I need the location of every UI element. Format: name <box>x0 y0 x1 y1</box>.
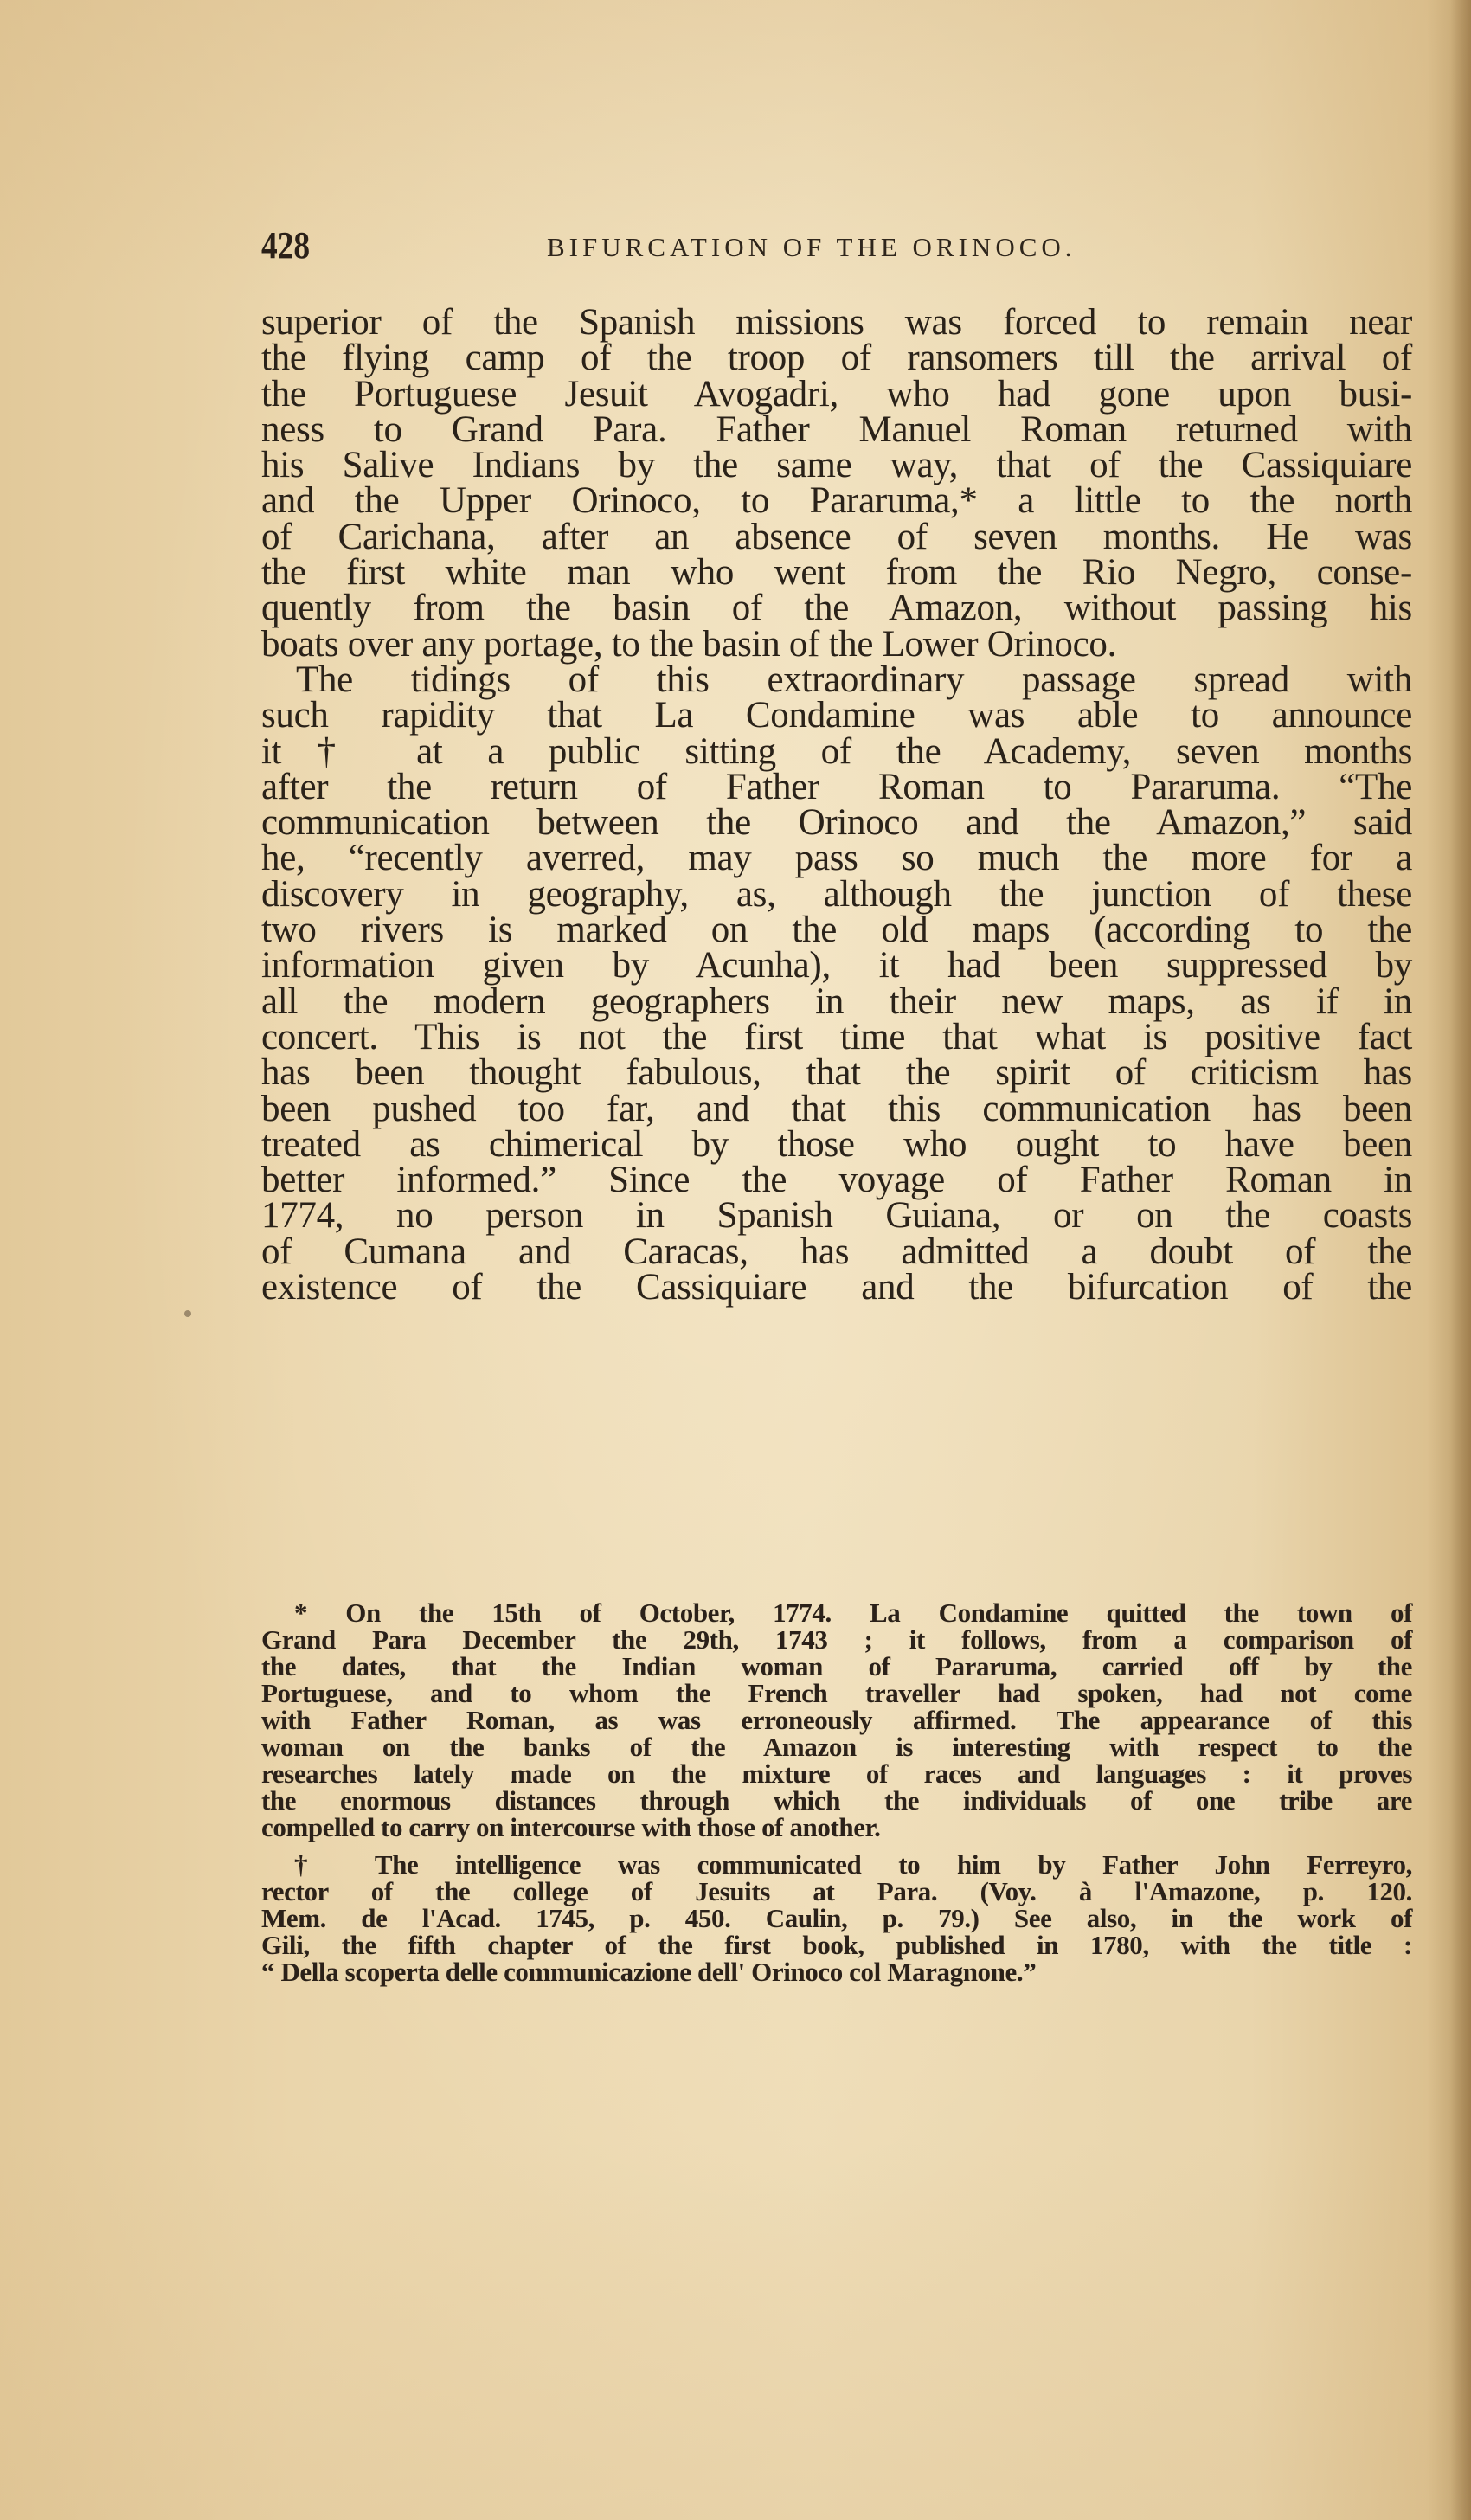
body-line: it† at a public sitting of the Academy, … <box>261 734 1412 769</box>
footnote-line: Grand Para December the 29th, 1743 ; it … <box>261 1626 1412 1653</box>
body-line-paragraph-end: boats over any portage, to the basin of … <box>261 627 1412 662</box>
body-line: all the modern geographers in their new … <box>261 984 1412 1019</box>
body-line: 1774, no person in Spanish Guiana, or on… <box>261 1198 1412 1233</box>
body-line: information given by Acunha), it had bee… <box>261 948 1412 983</box>
body-line: after the return of Father Roman to Para… <box>261 769 1412 805</box>
footnote-line: * On the 15th of October, 1774. La Conda… <box>261 1599 1412 1626</box>
body-line: been pushed too far, and that this commu… <box>261 1091 1412 1127</box>
page-edge-shadow <box>1450 0 1471 2520</box>
footnote-line: Gili, the fifth chapter of the first boo… <box>261 1932 1412 1958</box>
body-line: has been thought fabulous, that the spir… <box>261 1055 1412 1090</box>
body-line: treated as chimerical by those who ought… <box>261 1127 1412 1162</box>
body-line: concert. This is not the first time that… <box>261 1019 1412 1055</box>
footnote-dagger: † The intelligence was communicated to h… <box>261 1851 1412 1985</box>
body-text: superior of the Spanish missions was for… <box>261 305 1412 1305</box>
body-line: quently from the basin of the Amazon, wi… <box>261 590 1412 626</box>
body-line: existence of the Cassiquiare and the bif… <box>261 1270 1412 1305</box>
footnotes: * On the 15th of October, 1774. La Conda… <box>261 1599 1412 1985</box>
body-line: of Cumana and Caracas, has admitted a do… <box>261 1234 1412 1270</box>
footnote-line: † The intelligence was communicated to h… <box>261 1851 1412 1878</box>
body-line: the first white man who went from the Ri… <box>261 555 1412 590</box>
page-number: 428 <box>261 223 310 267</box>
body-line: he, “recently averred, may pass so much … <box>261 840 1412 876</box>
footnote-line: “ Della scoperta delle communicazione de… <box>261 1958 1412 1985</box>
body-line: and the Upper Orinoco, to Pararuma,* a l… <box>261 483 1412 518</box>
body-line: the Portuguese Jesuit Avogadri, who had … <box>261 376 1412 412</box>
body-line: communication between the Orinoco and th… <box>261 805 1412 840</box>
margin-speck <box>184 1310 191 1317</box>
body-line: better informed.” Since the voyage of Fa… <box>261 1162 1412 1198</box>
body-line: ness to Grand Para. Father Manuel Roman … <box>261 412 1412 447</box>
body-line-paragraph-start: The tidings of this extraordinary passag… <box>261 662 1412 697</box>
body-line: such rapidity that La Condamine was able… <box>261 697 1412 733</box>
footnote-asterisk: * On the 15th of October, 1774. La Conda… <box>261 1599 1412 1841</box>
footnote-line: the enormous distances through which the… <box>261 1787 1412 1814</box>
body-line: superior of the Spanish missions was for… <box>261 305 1412 340</box>
footnote-line: with Father Roman, as was erroneously af… <box>261 1707 1412 1733</box>
footnote-line: Portuguese, and to whom the French trave… <box>261 1680 1412 1707</box>
footnote-line: the dates, that the Indian woman of Para… <box>261 1653 1412 1680</box>
footnote-line: researches lately made on the mixture of… <box>261 1760 1412 1787</box>
body-line: discovery in geography, as, although the… <box>261 877 1412 912</box>
footnote-line: woman on the banks of the Amazon is inte… <box>261 1733 1412 1760</box>
footnote-line: Mem. de l'Acad. 1745, p. 450. Caulin, p.… <box>261 1905 1412 1932</box>
body-line: the flying camp of the troop of ransomer… <box>261 340 1412 376</box>
footnote-line: compelled to carry on intercourse with t… <box>261 1814 1412 1841</box>
page-header: 428 BIFURCATION OF THE ORINOCO. <box>261 223 1412 267</box>
body-line: two rivers is marked on the old maps (ac… <box>261 912 1412 948</box>
body-line: of Carichana, after an absence of seven … <box>261 519 1412 555</box>
body-line: his Salive Indians by the same way, that… <box>261 447 1412 483</box>
footnote-line: rector of the college of Jesuits at Para… <box>261 1878 1412 1905</box>
running-title: BIFURCATION OF THE ORINOCO. <box>547 232 1076 263</box>
